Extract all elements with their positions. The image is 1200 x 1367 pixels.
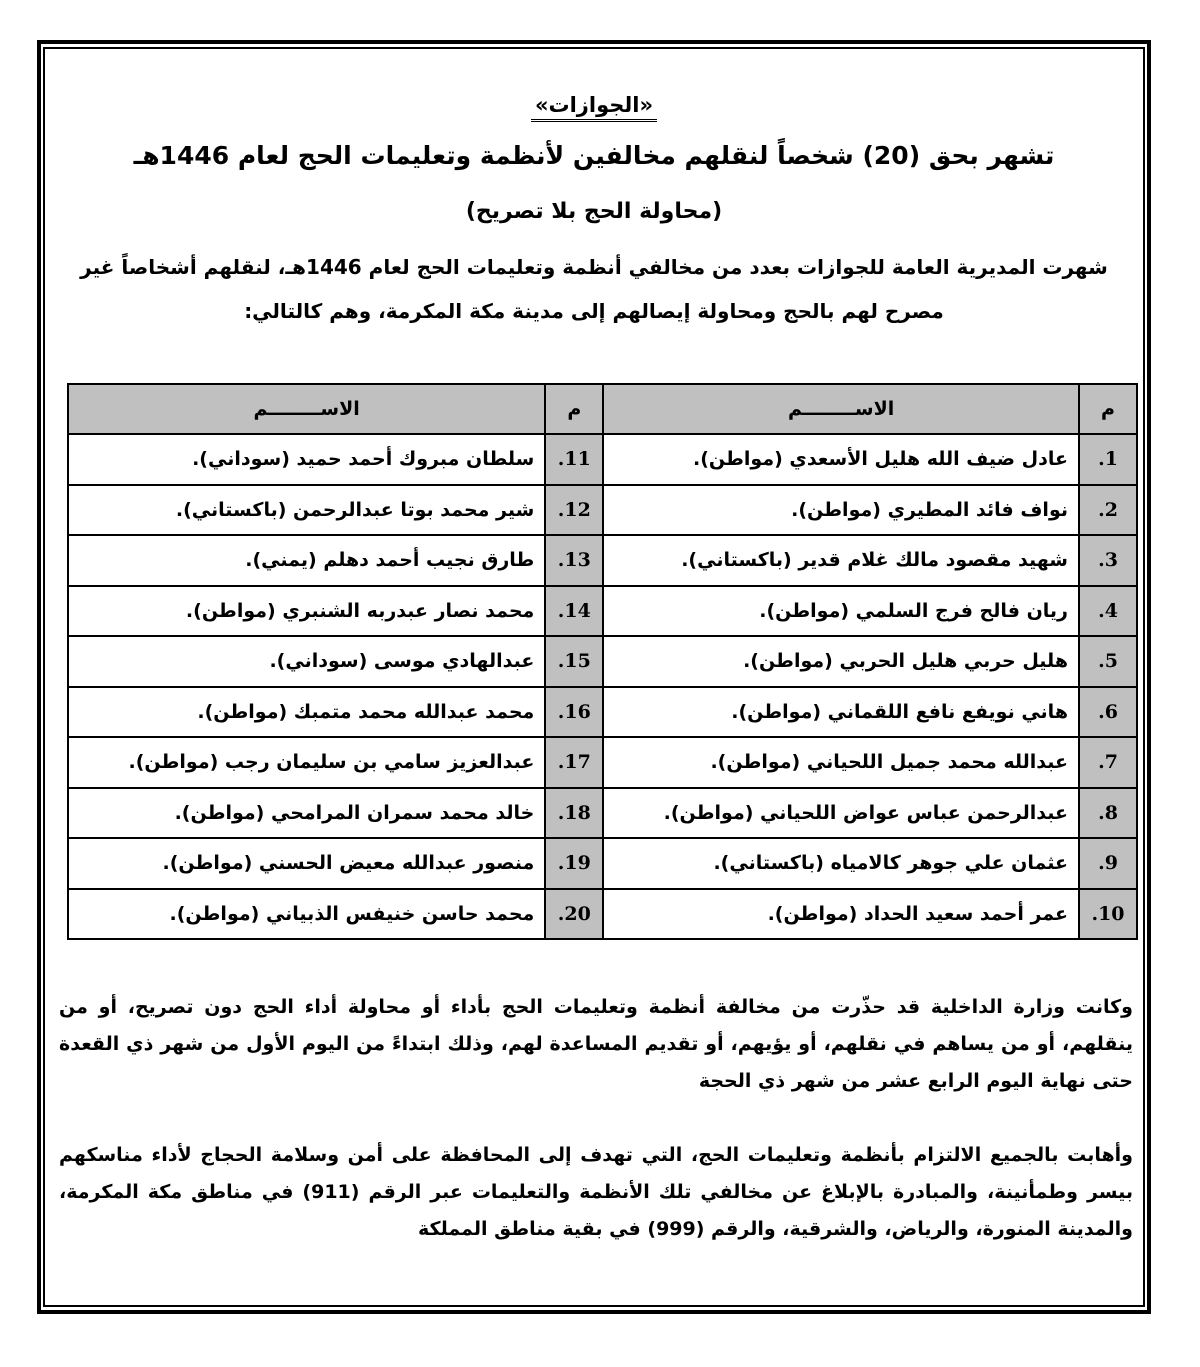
row-number: .9 [1079, 838, 1137, 889]
person-name: محمد نصار عبدربه الشنبري [282, 600, 534, 622]
subheadline: (محاولة الحج بلا تصريح) [45, 199, 1143, 224]
person-cell: محمد عبدالله محمد متمبك (مواطن). [68, 687, 545, 738]
person-name: عبدالرحمن عباس عواض اللحياني [760, 802, 1068, 824]
nationality: (باكستاني). [713, 852, 823, 874]
person-name: عادل ضيف الله هليل الأسعدي [789, 448, 1068, 470]
nationality: (سوداني). [269, 650, 367, 672]
table-row: .2نواف فائد المطيري (مواطن)..12شير محمد … [68, 485, 1137, 536]
person-cell: عبدالرحمن عباس عواض اللحياني (مواطن). [603, 788, 1079, 839]
nationality: (مواطن). [170, 903, 260, 925]
person-cell: عمر أحمد سعيد الحداد (مواطن). [603, 889, 1079, 940]
person-cell: نواف فائد المطيري (مواطن). [603, 485, 1079, 536]
appeal-paragraph: وأهابت بالجميع الالتزام بأنظمة وتعليمات … [59, 1137, 1133, 1248]
table-row: .3شهيد مقصود مالك غلام قدير (باكستاني)..… [68, 535, 1137, 586]
person-cell: هاني نويفع نافع اللقماني (مواطن). [603, 687, 1079, 738]
person-cell: طارق نجيب أحمد دهلم (يمني). [68, 535, 545, 586]
table-row: .9عثمان علي جوهر كالامياه (باكستاني)..19… [68, 838, 1137, 889]
person-name: محمد حاسن خنيفس الذبياني [266, 903, 534, 925]
person-name: عثمان علي جوهر كالامياه [831, 852, 1068, 874]
header-number-right: م [1079, 384, 1137, 434]
row-number: .11 [545, 434, 603, 485]
nationality: (مواطن). [791, 499, 881, 521]
person-cell: سلطان مبروك أحمد حميد (سوداني). [68, 434, 545, 485]
nationality: (باكستاني). [176, 499, 286, 521]
person-cell: هليل حربي هليل الحربي (مواطن). [603, 636, 1079, 687]
row-number: .17 [545, 737, 603, 788]
table-row: .1عادل ضيف الله هليل الأسعدي (مواطن)..11… [68, 434, 1137, 485]
person-cell: عادل ضيف الله هليل الأسعدي (مواطن). [603, 434, 1079, 485]
header-number-left: م [545, 384, 603, 434]
agency-title-text: «الجوازات» [531, 93, 657, 122]
table-row: .6هاني نويفع نافع اللقماني (مواطن)..16مح… [68, 687, 1137, 738]
person-name: عبدالله محمد جميل اللحياني [807, 751, 1068, 773]
person-name: ريان فالح فرج السلمي [856, 600, 1068, 622]
person-cell: عثمان علي جوهر كالامياه (باكستاني). [603, 838, 1079, 889]
person-name: محمد عبدالله محمد متمبك [294, 701, 535, 723]
nationality: (مواطن). [129, 751, 219, 773]
person-cell: خالد محمد سمران المرامحي (مواطن). [68, 788, 545, 839]
row-number: .1 [1079, 434, 1137, 485]
nationality: (مواطن). [768, 903, 858, 925]
person-name: هاني نويفع نافع اللقماني [828, 701, 1068, 723]
nationality: (باكستاني). [681, 549, 791, 571]
person-name: طارق نجيب أحمد دهلم [323, 549, 534, 571]
table-row: .7عبدالله محمد جميل اللحياني (مواطن)..17… [68, 737, 1137, 788]
person-cell: عبدالعزيز سامي بن سليمان رجب (مواطن). [68, 737, 545, 788]
person-name: عبدالعزيز سامي بن سليمان رجب [225, 751, 534, 773]
person-name: عبدالهادي موسى [374, 650, 534, 672]
header-name-left: الاســــــــم [68, 384, 545, 434]
intro-paragraph: شهرت المديرية العامة للجوازات بعدد من مخ… [65, 245, 1123, 333]
table-row: .10عمر أحمد سعيد الحداد (مواطن)..20محمد … [68, 889, 1137, 940]
nationality: (مواطن). [693, 448, 783, 470]
row-number: .12 [545, 485, 603, 536]
nationality: (مواطن). [197, 701, 287, 723]
row-number: .14 [545, 586, 603, 637]
warning-paragraph: وكانت وزارة الداخلية قد حذّرت من مخالفة … [59, 989, 1133, 1100]
nationality: (مواطن). [731, 701, 821, 723]
nationality: (مواطن). [759, 600, 849, 622]
person-name: خالد محمد سمران المرامحي [271, 802, 534, 824]
headline: تشهر بحق (20) شخصاً لنقلهم مخالفين لأنظم… [45, 141, 1143, 170]
row-number: .3 [1079, 535, 1137, 586]
nationality: (مواطن). [186, 600, 276, 622]
announcement-document: «الجوازات» تشهر بحق (20) شخصاً لنقلهم مخ… [45, 49, 1143, 1305]
row-number: .19 [545, 838, 603, 889]
person-cell: عبدالله محمد جميل اللحياني (مواطن). [603, 737, 1079, 788]
person-name: سلطان مبروك أحمد حميد [297, 448, 535, 470]
nationality: (مواطن). [664, 802, 754, 824]
row-number: .16 [545, 687, 603, 738]
person-name: شير محمد بوتا عبدالرحمن [293, 499, 534, 521]
row-number: .10 [1079, 889, 1137, 940]
nationality: (مواطن). [743, 650, 833, 672]
row-number: .4 [1079, 586, 1137, 637]
table-row: .5هليل حربي هليل الحربي (مواطن)..15عبدال… [68, 636, 1137, 687]
row-number: .20 [545, 889, 603, 940]
row-number: .8 [1079, 788, 1137, 839]
person-name: نواف فائد المطيري [888, 499, 1068, 521]
row-number: .13 [545, 535, 603, 586]
person-name: هليل حربي هليل الحربي [839, 650, 1068, 672]
table-header-row: م الاســــــــم م الاســــــــم [68, 384, 1137, 434]
person-name: منصور عبدالله معيض الحسني [259, 852, 534, 874]
nationality: (سوداني). [192, 448, 290, 470]
person-cell: محمد نصار عبدربه الشنبري (مواطن). [68, 586, 545, 637]
table-row: .8عبدالرحمن عباس عواض اللحياني (مواطن)..… [68, 788, 1137, 839]
person-cell: شهيد مقصود مالك غلام قدير (باكستاني). [603, 535, 1079, 586]
person-cell: منصور عبدالله معيض الحسني (مواطن). [68, 838, 545, 889]
person-cell: ريان فالح فرج السلمي (مواطن). [603, 586, 1079, 637]
agency-title: «الجوازات» [45, 93, 1143, 117]
row-number: .2 [1079, 485, 1137, 536]
table-row: .4ريان فالح فرج السلمي (مواطن)..14محمد ن… [68, 586, 1137, 637]
row-number: .5 [1079, 636, 1137, 687]
row-number: .18 [545, 788, 603, 839]
violators-table: م الاســــــــم م الاســــــــم .1عادل ض… [67, 383, 1138, 940]
person-cell: محمد حاسن خنيفس الذبياني (مواطن). [68, 889, 545, 940]
person-cell: شير محمد بوتا عبدالرحمن (باكستاني). [68, 485, 545, 536]
row-number: .7 [1079, 737, 1137, 788]
nationality: (مواطن). [710, 751, 800, 773]
header-name-right: الاســــــــم [603, 384, 1079, 434]
person-name: عمر أحمد سعيد الحداد [864, 903, 1068, 925]
nationality: (مواطن). [175, 802, 265, 824]
nationality: (يمني). [245, 549, 316, 571]
row-number: .6 [1079, 687, 1137, 738]
row-number: .15 [545, 636, 603, 687]
nationality: (مواطن). [163, 852, 253, 874]
person-cell: عبدالهادي موسى (سوداني). [68, 636, 545, 687]
person-name: شهيد مقصود مالك غلام قدير [798, 549, 1068, 571]
